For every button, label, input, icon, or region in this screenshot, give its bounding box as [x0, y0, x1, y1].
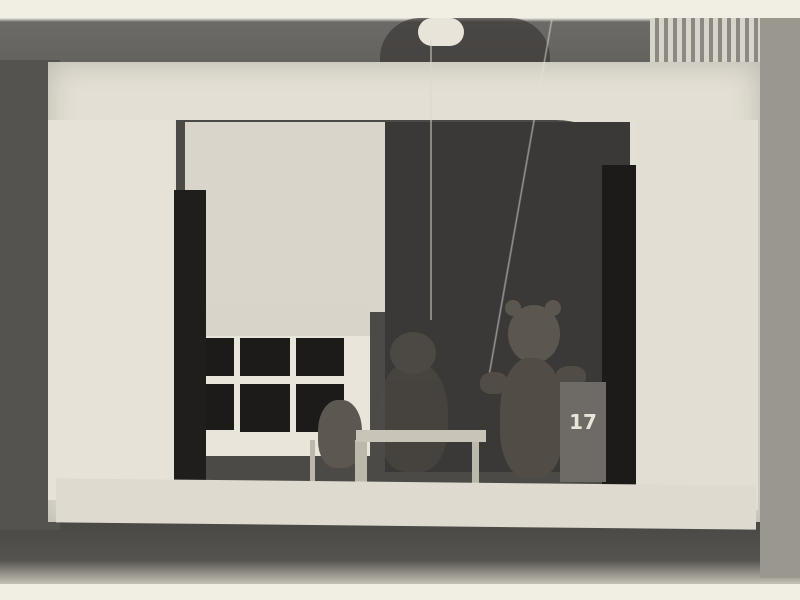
puppeteer-hand	[418, 18, 464, 46]
stage-backdrop-light	[185, 122, 385, 312]
numbered-box: 17	[560, 382, 606, 482]
window-pane	[240, 338, 290, 376]
window-pane	[240, 384, 290, 432]
bear-body	[378, 362, 448, 472]
box-label: 17	[560, 410, 606, 434]
toy-table	[356, 430, 486, 442]
theater-pillar-right	[636, 120, 758, 510]
background-wall-right	[760, 18, 800, 578]
stage-floor	[56, 478, 756, 529]
bear-body	[500, 358, 564, 478]
photo-border-top	[0, 0, 800, 18]
window-valance	[190, 306, 370, 336]
bear-head	[390, 332, 436, 374]
window-pane	[296, 338, 344, 376]
curtain-right	[602, 165, 638, 505]
theater-pillar-left	[48, 120, 174, 500]
photograph: 17	[0, 0, 800, 600]
bear-head	[508, 305, 560, 363]
bear-arm	[480, 372, 508, 394]
marionette-string	[430, 40, 432, 320]
photo-border-bottom	[0, 584, 800, 600]
